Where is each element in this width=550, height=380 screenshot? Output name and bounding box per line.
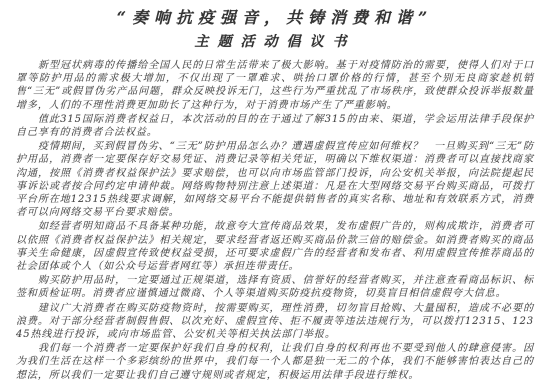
paragraph-intro: 新型冠状病毒的传播给全国人民的日常生活带来了极大影响。基于对疫情防治的需要，使得…: [16, 59, 534, 112]
paragraph-rights-channels: 疫情期间，买到假冒伪劣、“三无”防护用品怎么办？遭遇虚假宣传应如何维权？ 一旦购…: [16, 140, 534, 219]
paragraph-false-advertising: 如经营者明知商品不具备某种功能，故意夸大宣传商品效果，发布虚假广告的，则构成欺诈…: [16, 220, 534, 273]
paragraph-rational-consumption: 建议广大消费者在购买防疫物资时，按需要购买，理性消费，切勿盲目抢购、大量囤积，造…: [16, 302, 534, 342]
paragraph-buying-advice: 购买防护用品时，一定要通过正规渠道，选择有资质、信誉好的经营者购买，并注意查看商…: [16, 274, 534, 300]
title-line-2: 主题活动倡议书: [16, 31, 534, 53]
paragraph-conclusion: 我们每一个消费者一定要保护好我们自身的权利，让我们自身的权利再也不要受到他人的肆…: [16, 342, 534, 380]
handwritten-proposal-document: “奏响抗疫强音，共铸消费和谐” 主题活动倡议书 新型冠状病毒的传播给全国人民的日…: [0, 0, 550, 380]
document-body: 新型冠状病毒的传播给全国人民的日常生活带来了极大影响。基于对疫情防治的需要，使得…: [16, 59, 534, 380]
document-title: “奏响抗疫强音，共铸消费和谐” 主题活动倡议书: [16, 6, 534, 53]
paragraph-activity-purpose: 值此315国际消费者权益日，本次活动的目的在于通过了解315的由来、渠道，学会运…: [16, 113, 534, 139]
title-line-1: “奏响抗疫强音，共铸消费和谐”: [16, 6, 534, 30]
